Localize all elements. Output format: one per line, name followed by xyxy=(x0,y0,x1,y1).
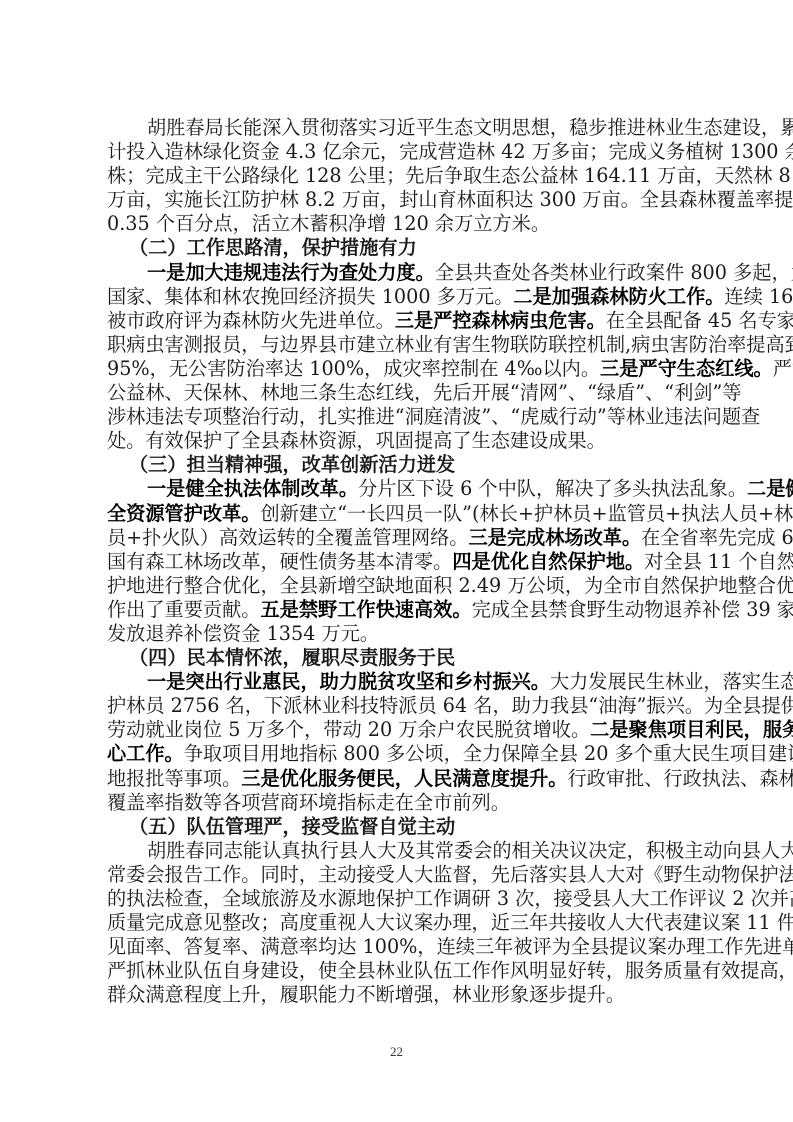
bold-phrase: 二是健 xyxy=(747,477,793,500)
text-run: （五）队伍管理严，接受监督自觉主动 xyxy=(129,815,455,838)
text-run: 严守生态 xyxy=(773,357,793,380)
section-heading: （三）担当精神强，改革创新活力迸发 xyxy=(107,453,687,477)
text-line: 公益林、天保林、林地三条生态红线，先后开展“清网”、“绿盾”、“利剑”等 xyxy=(107,381,687,405)
bold-phrase: 三是严守生态红线。 xyxy=(600,357,773,380)
text-run: 公益林、天保林、林地三条生态红线，先后开展“清网”、“绿盾”、“利剑”等 xyxy=(107,381,741,404)
text-run: （三）担当精神强，改革创新活力迸发 xyxy=(129,453,455,476)
text-line: 全资源管护改革。创新建立“一长四员一队”(林长+护林员+监管员+执法人员+林技 xyxy=(107,502,687,526)
bold-phrase: 心工作。 xyxy=(107,742,184,765)
text-run: 涉林违法专项整治行动，扎实推进“洞庭清波”、“虎威行动”等林业违法问题查 xyxy=(107,405,760,428)
document-page: 胡胜春局长能深入贯彻落实习近平生态文明思想，稳步推进林业生态建设，累计投入造林绿… xyxy=(0,0,793,1122)
text-line: 被市政府评为森林防火先进单位。三是严控森林病虫危害。在全县配备 45 名专家兼 xyxy=(107,309,687,333)
page-number: 22 xyxy=(0,1044,793,1060)
bold-phrase: 二是聚焦项目利民，服务中 xyxy=(590,718,793,741)
text-run: 行政审批、行政执法、森林 xyxy=(568,767,793,790)
text-run: 株；完成主干公路绿化 128 公里；先后争取生态公益林 164.11 万亩，天然… xyxy=(107,164,793,187)
text-line: 质量完成意见整改；高度重视人大议案办理，近三年共接收人大代表建议案 11 件， xyxy=(107,911,687,935)
bold-phrase: 一是突出行业惠民，助力脱贫攻坚和乡村振兴。 xyxy=(147,670,550,693)
bold-phrase: 一是加大违规违法行为查处力度。 xyxy=(147,261,435,284)
text-line: 国家、集体和林农挽回经济损失 1000 多万元。二是加强森林防火工作。连续 16… xyxy=(107,285,687,309)
text-run: 常委会报告工作。同时，主动接受人大监督，先后落实县人大对《野生动物保护法》 xyxy=(107,863,793,886)
text-line: 万亩，实施长江防护林 8.2 万亩，封山育林面积达 300 万亩。全县森林覆盖率… xyxy=(107,188,687,212)
text-run: 的执法检查，全域旅游及水源地保护工作调研 3 次，接受县人大工作评议 2 次并高 xyxy=(107,887,793,910)
text-run: 严抓林业队伍自身建设，使全县林业队伍工作作风明显好转，服务质量有效提高， xyxy=(107,959,793,982)
text-run: 地报批等事项。 xyxy=(107,767,241,790)
document-body: 胡胜春局长能深入贯彻落实习近平生态文明思想，稳步推进林业生态建设，累计投入造林绿… xyxy=(107,116,687,1007)
text-line: 国有森工林场改革，硬性债务基本清零。四是优化自然保护地。对全县 11 个自然保 xyxy=(107,550,687,574)
text-run: 国有森工林场改革，硬性债务基本清零。 xyxy=(107,550,452,573)
text-line: 发放退养补偿资金 1354 万元。 xyxy=(107,622,687,646)
text-line: 见面率、答复率、满意率均达 100%，连续三年被评为全县提议案办理工作先进单位。 xyxy=(107,935,687,959)
text-run: 对全县 11 个自然保 xyxy=(644,550,793,573)
text-run: 护林员 2756 名，下派林业科技特派员 64 名，助力我县“油海”振兴。为全县… xyxy=(107,694,793,717)
bold-phrase: 一是健全执法体制改革。 xyxy=(147,477,358,500)
text-line: 0.35 个百分点，活立木蓄积净增 120 余万立方米。 xyxy=(107,212,687,236)
text-run: 员+扑火队）高效运转的全覆盖管理网络。 xyxy=(107,526,468,549)
text-line: 胡胜春局长能深入贯彻落实习近平生态文明思想，稳步推进林业生态建设，累 xyxy=(107,116,687,140)
text-line: 劳动就业岗位 5 万多个，带动 20 万余户农民脱贫增收。二是聚焦项目利民，服务… xyxy=(107,718,687,742)
bold-phrase: 三是完成林场改革。 xyxy=(468,526,641,549)
bold-phrase: 三是严控森林病虫危害。 xyxy=(395,309,606,332)
text-line: 护地进行整合优化，全县新增空缺地面积 2.49 万公顷，为全市自然保护地整合优化 xyxy=(107,574,687,598)
section-heading: （二）工作思路清，保护措施有力 xyxy=(107,236,687,260)
text-run: 职病虫害测报员，与边界县市建立林业有害生物联防联控机制,病虫害防治率提高到 xyxy=(107,333,793,356)
text-run: 质量完成意见整改；高度重视人大议案办理，近三年共接收人大代表建议案 11 件， xyxy=(107,911,793,934)
section-heading: （五）队伍管理严，接受监督自觉主动 xyxy=(107,815,687,839)
text-run: 完成全县禁食野生动物退养补偿 39 家， xyxy=(472,598,793,621)
text-run: 全县共查处各类林业行政案件 800 多起，为 xyxy=(435,261,793,284)
text-run: 在全省率先完成 6 个 xyxy=(641,526,793,549)
text-run: 争取项目用地指标 800 多公顷，全力保障全县 20 多个重大民生项目建设用 xyxy=(184,742,793,765)
text-run: 大力发展民生林业，落实生态 xyxy=(550,670,793,693)
text-line: 处。有效保护了全县森林资源，巩固提高了生态建设成果。 xyxy=(107,429,687,453)
text-line: 95%，无公害防治率达 100%，成灾率控制在 4‰以内。三是严守生态红线。严守… xyxy=(107,357,687,381)
text-run: 0.35 个百分点，活立木蓄积净增 120 余万立方米。 xyxy=(107,212,550,235)
text-run: 在全县配备 45 名专家兼 xyxy=(606,309,793,332)
text-run: 处。有效保护了全县森林资源，巩固提高了生态建设成果。 xyxy=(107,429,606,452)
bold-phrase: 二是加强森林防火工作。 xyxy=(513,285,724,308)
section-heading: （四）民本情怀浓，履职尽责服务于民 xyxy=(107,646,687,670)
text-run: （二）工作思路清，保护措施有力 xyxy=(129,236,417,259)
text-run: 95%，无公害防治率达 100%，成灾率控制在 4‰以内。 xyxy=(107,357,600,380)
text-run: 作出了重要贡献。 xyxy=(107,598,261,621)
text-line: 涉林违法专项整治行动，扎实推进“洞庭清波”、“虎威行动”等林业违法问题查 xyxy=(107,405,687,429)
text-run: 护地进行整合优化，全县新增空缺地面积 2.49 万公顷，为全市自然保护地整合优化 xyxy=(107,574,793,597)
text-run: 群众满意程度上升，履职能力不断增强，林业形象逐步提升。 xyxy=(107,983,625,1006)
text-run: 劳动就业岗位 5 万多个，带动 20 万余户农民脱贫增收。 xyxy=(107,718,590,741)
text-line: 职病虫害测报员，与边界县市建立林业有害生物联防联控机制,病虫害防治率提高到 xyxy=(107,333,687,357)
text-line: 地报批等事项。三是优化服务便民，人民满意度提升。行政审批、行政执法、森林 xyxy=(107,767,687,791)
text-line: 常委会报告工作。同时，主动接受人大监督，先后落实县人大对《野生动物保护法》 xyxy=(107,863,687,887)
bold-phrase: 五是禁野工作快速高效。 xyxy=(261,598,472,621)
bold-phrase: 三是优化服务便民，人民满意度提升。 xyxy=(241,767,567,790)
text-line: 严抓林业队伍自身建设，使全县林业队伍工作作风明显好转，服务质量有效提高， xyxy=(107,959,687,983)
text-run: 胡胜春局长能深入贯彻落实习近平生态文明思想，稳步推进林业生态建设，累 xyxy=(147,116,793,139)
text-line: 心工作。争取项目用地指标 800 多公顷，全力保障全县 20 多个重大民生项目建… xyxy=(107,742,687,766)
text-run: 发放退养补偿资金 1354 万元。 xyxy=(107,622,379,645)
text-line: 员+扑火队）高效运转的全覆盖管理网络。三是完成林场改革。在全省率先完成 6 个 xyxy=(107,526,687,550)
text-line: 一是健全执法体制改革。分片区下设 6 个中队，解决了多头执法乱象。二是健 xyxy=(107,477,687,501)
text-run: 连续 16 年 xyxy=(724,285,793,308)
text-run: 国家、集体和林农挽回经济损失 1000 多万元。 xyxy=(107,285,513,308)
text-run: 见面率、答复率、满意率均达 100%，连续三年被评为全县提议案办理工作先进单位。 xyxy=(107,935,793,958)
text-line: 一是加大违规违法行为查处力度。全县共查处各类林业行政案件 800 多起，为 xyxy=(107,261,687,285)
text-run: 被市政府评为森林防火先进单位。 xyxy=(107,309,395,332)
text-run: 胡胜春同志能认真执行县人大及其常委会的相关决议决定，积极主动向县人大 xyxy=(147,839,793,862)
text-line: 作出了重要贡献。五是禁野工作快速高效。完成全县禁食野生动物退养补偿 39 家， xyxy=(107,598,687,622)
text-run: 计投入造林绿化资金 4.3 亿余元，完成营造林 42 万多亩；完成义务植树 13… xyxy=(107,140,793,163)
text-run: 万亩，实施长江防护林 8.2 万亩，封山育林面积达 300 万亩。全县森林覆盖率… xyxy=(107,188,793,211)
text-line: 护林员 2756 名，下派林业科技特派员 64 名，助力我县“油海”振兴。为全县… xyxy=(107,694,687,718)
text-run: 分片区下设 6 个中队，解决了多头执法乱象。 xyxy=(358,477,747,500)
bold-phrase: 全资源管护改革。 xyxy=(107,502,261,525)
text-line: 的执法检查，全域旅游及水源地保护工作调研 3 次，接受县人大工作评议 2 次并高 xyxy=(107,887,687,911)
text-run: 覆盖率指数等各项营商环境指标走在全市前列。 xyxy=(107,791,510,814)
text-run: （四）民本情怀浓，履职尽责服务于民 xyxy=(129,646,455,669)
text-line: 一是突出行业惠民，助力脱贫攻坚和乡村振兴。大力发展民生林业，落实生态 xyxy=(107,670,687,694)
text-line: 群众满意程度上升，履职能力不断增强，林业形象逐步提升。 xyxy=(107,983,687,1007)
text-line: 计投入造林绿化资金 4.3 亿余元，完成营造林 42 万多亩；完成义务植树 13… xyxy=(107,140,687,164)
text-line: 覆盖率指数等各项营商环境指标走在全市前列。 xyxy=(107,791,687,815)
text-run: 创新建立“一长四员一队”(林长+护林员+监管员+执法人员+林技 xyxy=(261,502,793,525)
text-line: 株；完成主干公路绿化 128 公里；先后争取生态公益林 164.11 万亩，天然… xyxy=(107,164,687,188)
bold-phrase: 四是优化自然保护地。 xyxy=(452,550,644,573)
text-line: 胡胜春同志能认真执行县人大及其常委会的相关决议决定，积极主动向县人大 xyxy=(107,839,687,863)
